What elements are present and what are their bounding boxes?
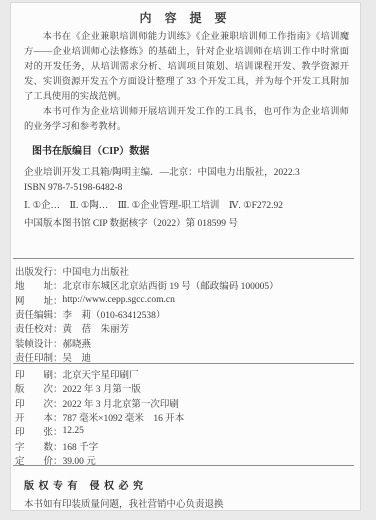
content-summary: 本书在《企业兼职培训师能力训练》《企业兼职培训师工作指南》《培训魔方——企业培训… xyxy=(24,30,349,135)
cip-section: 图书在版编目（CIP）数据 企业培训开发工具箱/陶明主编．—北京：中国电力出版社… xyxy=(24,144,349,232)
printing-row: 版 次： 2022 年 3 月第一版 xyxy=(15,381,352,395)
row-value: 2022 年 3 月第一版 xyxy=(63,381,141,395)
cip-line-isbn: ISBN 978-7-5198-6482-8 xyxy=(24,181,349,196)
row-value: 787 毫米×1092 毫米 16 开本 xyxy=(63,410,185,424)
cip-line-classification: Ⅰ. ①企… Ⅱ. ①陶… Ⅲ. ①企业管理-职工培训 Ⅳ. ①F272.92 xyxy=(24,199,349,214)
row-label: 装帧设计： xyxy=(15,336,63,350)
publisher-row: 责任编辑： 李 莉（010-63412538） xyxy=(15,307,352,321)
cip-heading: 图书在版编目（CIP）数据 xyxy=(32,144,349,159)
row-label: 印 张： xyxy=(15,424,63,438)
row-label: 字 数： xyxy=(15,439,63,453)
publisher-row: 网 址： http://www.cepp.sgcc.com.cn xyxy=(15,293,352,307)
row-label: 责任编辑： xyxy=(15,307,63,321)
row-value: 北京天宇星印刷厂 xyxy=(63,367,139,381)
row-label: 开 本： xyxy=(15,410,63,424)
row-value: 中国电力出版社 xyxy=(63,264,130,278)
row-label: 版 次： xyxy=(15,381,63,395)
printing-row: 印 次： 2022 年 3 月北京第一次印刷 xyxy=(15,396,352,410)
cip-line-record-number: 中国版本图书馆 CIP 数据核字（2022）第 018599 号 xyxy=(24,217,349,232)
row-value: 黄 蓓 朱丽芳 xyxy=(63,321,130,335)
page-title: 内 容 提 要 xyxy=(11,9,360,26)
publisher-row: 地 址： 北京市东城区北京站西街 19 号（邮政编码 100005） xyxy=(15,278,352,292)
divider-bottom xyxy=(13,465,354,466)
row-label: 网 址： xyxy=(15,293,63,307)
printing-row: 印 张： 12.25 xyxy=(15,424,352,438)
row-value: 李 莉（010-63412538） xyxy=(63,307,166,321)
row-label: 责任校对： xyxy=(15,321,63,335)
printing-row: 印 刷： 北京天宇星印刷厂 xyxy=(15,367,352,381)
row-label: 地 址： xyxy=(15,278,63,292)
summary-paragraph: 本书可作为企业培训师开展培训开发工作的工具书，也可作为企业培训师的业务学习和参考… xyxy=(24,105,349,135)
divider-top xyxy=(13,258,354,259)
printing-row: 开 本： 787 毫米×1092 毫米 16 开本 xyxy=(15,410,352,424)
publisher-row: 责任印制： 吴 迪 xyxy=(15,350,352,364)
printing-info: 印 刷： 北京天宇星印刷厂 版 次： 2022 年 3 月第一版 印 次： 20… xyxy=(15,367,352,467)
copyright-notice: 版 权 专 有 侵 权 必 究 xyxy=(24,477,144,492)
row-label: 印 次： xyxy=(15,396,63,410)
row-value: 2022 年 3 月北京第一次印刷 xyxy=(63,396,179,410)
publisher-row: 出版发行： 中国电力出版社 xyxy=(15,264,352,278)
row-value: http://www.cepp.sgcc.com.cn xyxy=(63,295,175,305)
row-value: 北京市东城区北京站西街 19 号（邮政编码 100005） xyxy=(63,278,279,292)
row-value: 12.25 xyxy=(63,426,84,436)
row-label: 出版发行： xyxy=(15,264,63,278)
cip-line-title: 企业培训开发工具箱/陶明主编．—北京：中国电力出版社，2022.3 xyxy=(24,166,349,181)
summary-paragraph: 本书在《企业兼职培训师能力训练》《企业兼职培训师工作指南》《培训魔方——企业培训… xyxy=(24,30,349,105)
printing-row: 字 数： 168 千字 xyxy=(15,438,352,452)
book-colophon-page: 内 容 提 要 本书在《企业兼职培训师能力训练》《企业兼职培训师工作指南》《培训… xyxy=(10,2,361,511)
divider-middle xyxy=(13,363,354,364)
row-value: 郝晓燕 xyxy=(63,336,92,350)
publisher-row: 装帧设计： 郝晓燕 xyxy=(15,335,352,349)
publisher-row: 责任校对： 黄 蓓 朱丽芳 xyxy=(15,321,352,335)
row-value: 168 千字 xyxy=(63,439,99,453)
publisher-info: 出版发行： 中国电力出版社 地 址： 北京市东城区北京站西街 19 号（邮政编码… xyxy=(15,264,352,364)
quality-statement: 本书如有印装质量问题，我社营销中心负责退换 xyxy=(24,496,224,510)
row-label: 责任印制： xyxy=(15,350,63,364)
row-value: 吴 迪 xyxy=(63,350,92,364)
row-label: 印 刷： xyxy=(15,367,63,381)
